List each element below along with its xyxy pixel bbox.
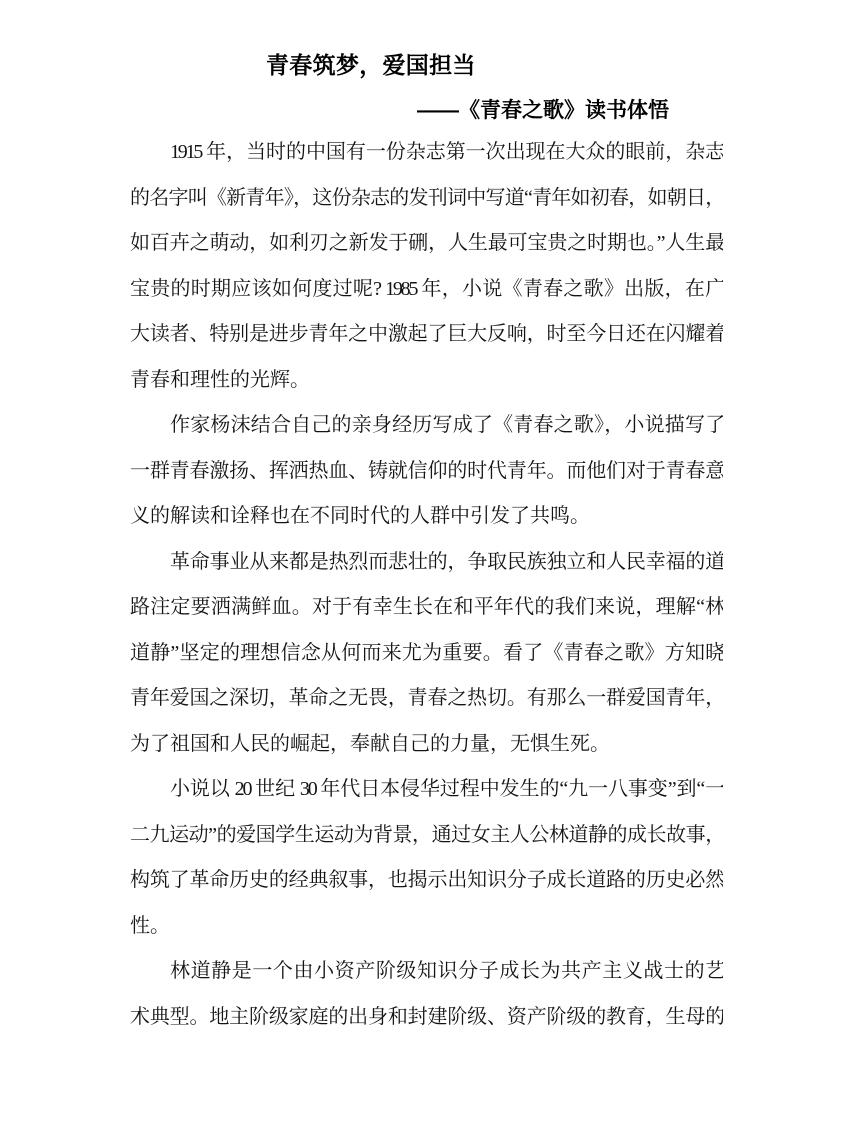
text-line: 作家杨沫结合自己的亲身经历写成了《青春之歌》，小说描写了 [130, 403, 723, 449]
text-line: 道静”坚定的理想信念从何而来尤为重要。看了《青春之歌》方知晓 [130, 631, 723, 677]
text-line: 的名字叫《新青年》，这份杂志的发刊词中写道“青年如初春，如朝日， [130, 176, 723, 222]
text-line: 革命事业从来都是热烈而悲壮的，争取民族独立和人民幸福的道 [130, 540, 723, 586]
text-line: 为了祖国和人民的崛起，奉献自己的力量，无惧生死。 [130, 722, 723, 768]
text-line: 大读者、特别是进步青年之中激起了巨大反响，时至今日还在闪耀着 [130, 312, 723, 358]
document-body: 1915 年，当时的中国有一份杂志第一次出现在大众的眼前，杂志 的名字叫《新青年… [130, 130, 723, 1040]
text-line: 1915 年，当时的中国有一份杂志第一次出现在大众的眼前，杂志 [130, 130, 723, 176]
text-line: 青春和理性的光辉。 [130, 358, 723, 404]
text-line: 一群青春激扬、挥洒热血、铸就信仰的时代青年。而他们对于青春意 [130, 449, 723, 495]
paragraph-5: 林道静是一个由小资产阶级知识分子成长为共产主义战士的艺 术典型。地主阶级家庭的出… [130, 949, 723, 1040]
text-line: 青年爱国之深切，革命之无畏，青春之热切。有那么一群爱国青年， [130, 676, 723, 722]
text-line: 术典型。地主阶级家庭的出身和封建阶级、资产阶级的教育，生母的 [130, 995, 723, 1041]
paragraph-2: 作家杨沫结合自己的亲身经历写成了《青春之歌》，小说描写了 一群青春激扬、挥洒热血… [130, 403, 723, 540]
text-line: 宝贵的时期应该如何度过呢? 1985 年，小说《青春之歌》出版，在广 [130, 267, 723, 313]
text-line: 如百卉之萌动，如利刃之新发于硎，人生最可宝贵之时期也。”人生最 [130, 221, 723, 267]
text-line: 林道静是一个由小资产阶级知识分子成长为共产主义战士的艺 [130, 949, 723, 995]
paragraph-4: 小说以 20 世纪 30 年代日本侵华过程中发生的“九一八事变”到“一 二九运动… [130, 767, 723, 949]
paragraph-1: 1915 年，当时的中国有一份杂志第一次出现在大众的眼前，杂志 的名字叫《新青年… [130, 130, 723, 403]
text-line: 义的解读和诠释也在不同时代的人群中引发了共鸣。 [130, 494, 723, 540]
text-line: 性。 [130, 904, 723, 950]
text-line: 路注定要洒满鲜血。对于有幸生长在和平年代的我们来说，理解“林 [130, 585, 723, 631]
text-line: 二九运动”的爱国学生运动为背景，通过女主人公林道静的成长故事， [130, 813, 723, 859]
document-title: 青春筑梦，爱国担当 [266, 48, 476, 82]
document-subtitle: ——《青春之歌》读书体悟 [417, 94, 669, 128]
text-line: 构筑了革命历史的经典叙事，也揭示出知识分子成长道路的历史必然 [130, 858, 723, 904]
document-page: 青春筑梦，爱国担当 ——《青春之歌》读书体悟 1915 年，当时的中国有一份杂志… [0, 0, 846, 1135]
text-line: 小说以 20 世纪 30 年代日本侵华过程中发生的“九一八事变”到“一 [130, 767, 723, 813]
paragraph-3: 革命事业从来都是热烈而悲壮的，争取民族独立和人民幸福的道 路注定要洒满鲜血。对于… [130, 540, 723, 768]
